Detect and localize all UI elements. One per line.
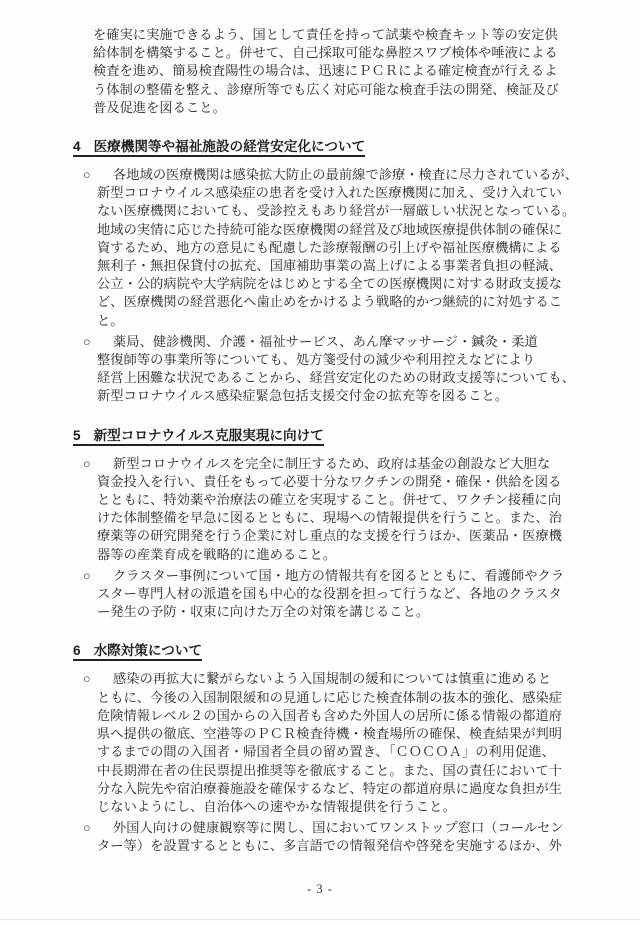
text-line: ○クラスター事例について国・地方の情報共有を図るとともに、看護師やクラ xyxy=(97,567,640,585)
text-line-content: 分な入院先や宿泊療養施設を確保するなど、特定の都道府県に過度な負担が生 xyxy=(97,781,562,796)
text-line: 県へ提供の徹底、空港等のＰＣＲ検査待機・検査場所の確保、検査結果が判明 xyxy=(97,725,640,743)
text-line: ○薬局、健診機関、介護・福祉サービス、あん摩マッサージ・鍼灸・柔道 xyxy=(97,333,640,351)
text-line: じないようにし、自治体への速やかな情報提供を行うこと。 xyxy=(97,798,640,816)
text-line: ともに、今後の入国制限緩和の見通しに応じた検査体制の抜本的強化、感染症 xyxy=(97,689,640,707)
text-line-content: 中長期滞在者の住民票提出推奨等を徹底すること。また、国の責任において十 xyxy=(97,763,562,778)
text-line-content: 経営上困難な状況であることから、経営安定化のための財政支援等についても、 xyxy=(97,370,575,385)
text-line-content: 各地域の医療機関は感染拡大防止の最前線で診療・検査に尽力されているが、 xyxy=(113,167,578,182)
section-title: 医療機関等や福祉施設の経営安定化について xyxy=(94,139,366,154)
bullet-circle-icon: ○ xyxy=(83,455,91,473)
text-line: 検査を進め、簡易検査陽性の場合は、迅速にＰＣＲによる確定検査が行えるよ xyxy=(93,62,640,80)
text-line: 新型コロナウイルス感染症の患者を受け入れた医療機関に加え、受け入れてい xyxy=(97,184,640,202)
text-line: 新型コロナウイルス感染症緊急包括支援交付金の拡充等を図ること。 xyxy=(97,387,640,405)
text-line-content: ー発生の予防・収束に向けた万全の対策を講じること。 xyxy=(97,604,429,619)
bullet-paragraph: ○感染の再拡大に繋がらないよう入国規制の緩和については慎重に進めるとともに、今後… xyxy=(97,670,640,816)
text-line-content: 県へ提供の徹底、空港等のＰＣＲ検査待機・検査場所の確保、検査結果が判明 xyxy=(97,726,562,741)
text-line: 器等の産業育成を戦略的に進めること。 xyxy=(97,546,640,564)
text-line-content: と。 xyxy=(97,313,124,328)
section-heading-underline: 6水際対策について xyxy=(73,643,202,661)
section-heading-5: 5新型コロナウイルス克服実現に向けて xyxy=(73,426,640,445)
section-number: 4 xyxy=(73,137,81,156)
text-line: とともに、特効薬や治療法の確立を実現すること。併せて、ワクチン接種に向 xyxy=(97,491,640,509)
bullet-circle-icon: ○ xyxy=(83,567,91,585)
text-line: 地域の実情に応じた持続可能な医療機関の経営及び地域医療提供体制の確保に xyxy=(97,221,640,239)
text-line: ない医療機関においても、受診控えもあり経営が一層厳しい状況となっている。 xyxy=(97,202,640,220)
text-line-content: 無利子・無担保貸付の拡充、国庫補助事業の嵩上げによる事業者負担の軽減、 xyxy=(97,258,562,273)
text-line-content: けた体制整備を早急に図るとともに、現場への情報提供を行うこと。また、治 xyxy=(97,510,562,525)
section-heading-underline: 4医療機関等や福祉施設の経営安定化について xyxy=(73,139,365,157)
page-number: - 3 - xyxy=(0,882,640,897)
text-line: 普及促進を図ること。 xyxy=(93,99,640,117)
text-line-content: 危険情報レベル２の国からの入国者も含めた外国人の居所に係る情報の都道府 xyxy=(97,708,562,723)
bullet-paragraph: ○新型コロナウイルスを完全に制圧するため、政府は基金の創設など大胆な資金投入を行… xyxy=(97,455,640,564)
text-line-content: う体制の整備を整え、診療所等でも広く対応可能な検査手法の開発、検証及び xyxy=(93,82,559,97)
text-line: スター専門人材の派遣を国も中心的な役割を担って行うなど、各地のクラスタ xyxy=(97,585,640,603)
text-line-content: 資するため、地方の意見にも配慮した診療報酬の引上げや福祉医療機構による xyxy=(97,240,562,255)
text-line-content: 外国人向けの健康観察等に関し、国においてワンストップ窓口（コールセン xyxy=(113,820,564,835)
text-line-content: ともに、今後の入国制限緩和の見通しに応じた検査体制の抜本的強化、感染症 xyxy=(97,690,562,705)
text-line-content: 公立・公的病院や大学病院をはじめとする全ての医療機関に対する財政支援な xyxy=(97,276,562,291)
section-heading-4: 4医療機関等や福祉施設の経営安定化について xyxy=(73,137,640,156)
text-line-content: スター専門人材の派遣を国も中心的な役割を担って行うなど、各地のクラスタ xyxy=(97,586,562,601)
bullet-circle-icon: ○ xyxy=(83,670,91,688)
text-line-content: 検査を進め、簡易検査陽性の場合は、迅速にＰＣＲによる確定検査が行えるよ xyxy=(93,63,558,78)
document-content: を確実に実施できるよう、国として責任を持って試薬や検査キット等の安定供給体制を構… xyxy=(0,26,640,859)
text-line: 経営上困難な状況であることから、経営安定化のための財政支援等についても、 xyxy=(97,369,640,387)
text-line: 公立・公的病院や大学病院をはじめとする全ての医療機関に対する財政支援な xyxy=(97,275,640,293)
text-line: ー発生の予防・収束に向けた万全の対策を講じること。 xyxy=(97,603,640,621)
text-line-content: するまでの間の入国者・帰国者全員の留め置き、「ＣＯＣＯＡ」の利用促進、 xyxy=(97,744,555,759)
text-line: 給体制を構築すること。併せて、自己採取可能な鼻腔スワブ検体や唾液による xyxy=(93,44,640,62)
text-line-content: ター等）を設置するとともに、多言語での情報発信や啓発を実施するほか、外 xyxy=(97,838,562,853)
text-line: ど、医療機関の経営悪化へ歯止めをかけるよう戦略的かつ継続的に対処するこ xyxy=(97,293,640,311)
text-line: 資するため、地方の意見にも配慮した診療報酬の引上げや福祉医療機構による xyxy=(97,239,640,257)
section-number: 6 xyxy=(73,641,81,660)
text-line-content: 器等の産業育成を戦略的に進めること。 xyxy=(97,547,336,562)
text-line-content: ない医療機関においても、受診控えもあり経営が一層厳しい状況となっている。 xyxy=(97,203,575,218)
text-line-content: 整復師等の事業所等についても、処方箋受付の減少や利用控えなどにより xyxy=(97,352,535,367)
text-line: 分な入院先や宿泊療養施設を確保するなど、特定の都道府県に過度な負担が生 xyxy=(97,780,640,798)
text-line: う体制の整備を整え、診療所等でも広く対応可能な検査手法の開発、検証及び xyxy=(93,81,640,99)
text-line-content: 新型コロナウイルスを完全に制圧するため、政府は基金の創設など大胆な xyxy=(113,456,550,471)
bullet-paragraph: ○各地域の医療機関は感染拡大防止の最前線で診療・検査に尽力されているが、新型コロ… xyxy=(97,166,640,330)
text-line-content: 地域の実情に応じた持続可能な医療機関の経営及び地域医療提供体制の確保に xyxy=(97,222,562,237)
text-line: と。 xyxy=(97,312,640,330)
text-line: ○新型コロナウイルスを完全に制圧するため、政府は基金の創設など大胆な xyxy=(97,455,640,473)
text-line: ター等）を設置するとともに、多言語での情報発信や啓発を実施するほか、外 xyxy=(97,837,640,855)
text-line-content: 療薬等の研究開発を行う企業に対し重点的な支援を行うほか、医薬品・医療機 xyxy=(97,528,562,543)
text-line-content: クラスター事例について国・地方の情報共有を図るとともに、看護師やクラ xyxy=(113,568,564,583)
section-number: 5 xyxy=(73,426,81,445)
bullet-circle-icon: ○ xyxy=(83,333,91,351)
text-line-content: とともに、特効薬や治療法の確立を実現すること。併せて、ワクチン接種に向 xyxy=(97,492,561,507)
text-line: ○外国人向けの健康観察等に関し、国においてワンストップ窓口（コールセン xyxy=(97,819,640,837)
text-line: 危険情報レベル２の国からの入国者も含めた外国人の居所に係る情報の都道府 xyxy=(97,707,640,725)
text-line-content: ど、医療機関の経営悪化へ歯止めをかけるよう戦略的かつ継続的に対処するこ xyxy=(97,294,562,309)
section-title: 新型コロナウイルス克服実現に向けて xyxy=(94,428,324,443)
bullet-paragraph: ○薬局、健診機関、介護・福祉サービス、あん摩マッサージ・鍼灸・柔道整復師等の事業… xyxy=(97,333,640,406)
text-line: 無利子・無担保貸付の拡充、国庫補助事業の嵩上げによる事業者負担の軽減、 xyxy=(97,257,640,275)
text-line: 整復師等の事業所等についても、処方箋受付の減少や利用控えなどにより xyxy=(97,351,640,369)
document-page: を確実に実施できるよう、国として責任を持って試薬や検査キット等の安定供給体制を構… xyxy=(0,0,640,925)
text-line: 中長期滞在者の住民票提出推奨等を徹底すること。また、国の責任において十 xyxy=(97,762,640,780)
text-line-content: 新型コロナウイルス感染症緊急包括支援交付金の拡充等を図ること。 xyxy=(97,388,508,403)
bullet-paragraph: ○外国人向けの健康観察等に関し、国においてワンストップ窓口（コールセンター等）を… xyxy=(97,819,640,855)
text-line: ○感染の再拡大に繋がらないよう入国規制の緩和については慎重に進めると xyxy=(97,670,640,688)
text-line-content: 給体制を構築すること。併せて、自己採取可能な鼻腔スワブ検体や唾液による xyxy=(93,45,558,60)
text-line: けた体制整備を早急に図るとともに、現場への情報提供を行うこと。また、治 xyxy=(97,509,640,527)
section-heading-underline: 5新型コロナウイルス克服実現に向けて xyxy=(73,428,324,446)
section-title: 水際対策について xyxy=(94,643,202,658)
bullet-paragraph: ○クラスター事例について国・地方の情報共有を図るとともに、看護師やクラスター専門… xyxy=(97,567,640,622)
continuation-paragraph: を確実に実施できるよう、国として責任を持って試薬や検査キット等の安定供給体制を構… xyxy=(93,26,640,117)
text-line-content: 薬局、健診機関、介護・福祉サービス、あん摩マッサージ・鍼灸・柔道 xyxy=(113,334,538,349)
text-line-content: じないようにし、自治体への速やかな情報提供を行うこと。 xyxy=(97,799,456,814)
text-line-content: 資金投入を行い、責任をもって必要十分なワクチンの開発・確保・供給を図る xyxy=(97,474,561,489)
section-heading-6: 6水際対策について xyxy=(73,641,640,660)
text-line: するまでの間の入国者・帰国者全員の留め置き、「ＣＯＣＯＡ」の利用促進、 xyxy=(97,743,640,761)
text-line: を確実に実施できるよう、国として責任を持って試薬や検査キット等の安定供 xyxy=(93,26,640,44)
text-line: 資金投入を行い、責任をもって必要十分なワクチンの開発・確保・供給を図る xyxy=(97,473,640,491)
bullet-circle-icon: ○ xyxy=(83,819,91,837)
text-line-content: 新型コロナウイルス感染症の患者を受け入れた医療機関に加え、受け入れてい xyxy=(97,185,562,200)
text-line-content: 普及促進を図ること。 xyxy=(93,100,226,115)
text-line-content: 感染の再拡大に繋がらないよう入国規制の緩和については慎重に進めると xyxy=(113,671,551,686)
text-line: 療薬等の研究開発を行う企業に対し重点的な支援を行うほか、医薬品・医療機 xyxy=(97,527,640,545)
text-line-content: を確実に実施できるよう、国として責任を持って試薬や検査キット等の安定供 xyxy=(93,27,558,42)
text-line: ○各地域の医療機関は感染拡大防止の最前線で診療・検査に尽力されているが、 xyxy=(97,166,640,184)
scan-edge-line xyxy=(0,919,640,920)
bullet-circle-icon: ○ xyxy=(83,166,91,184)
